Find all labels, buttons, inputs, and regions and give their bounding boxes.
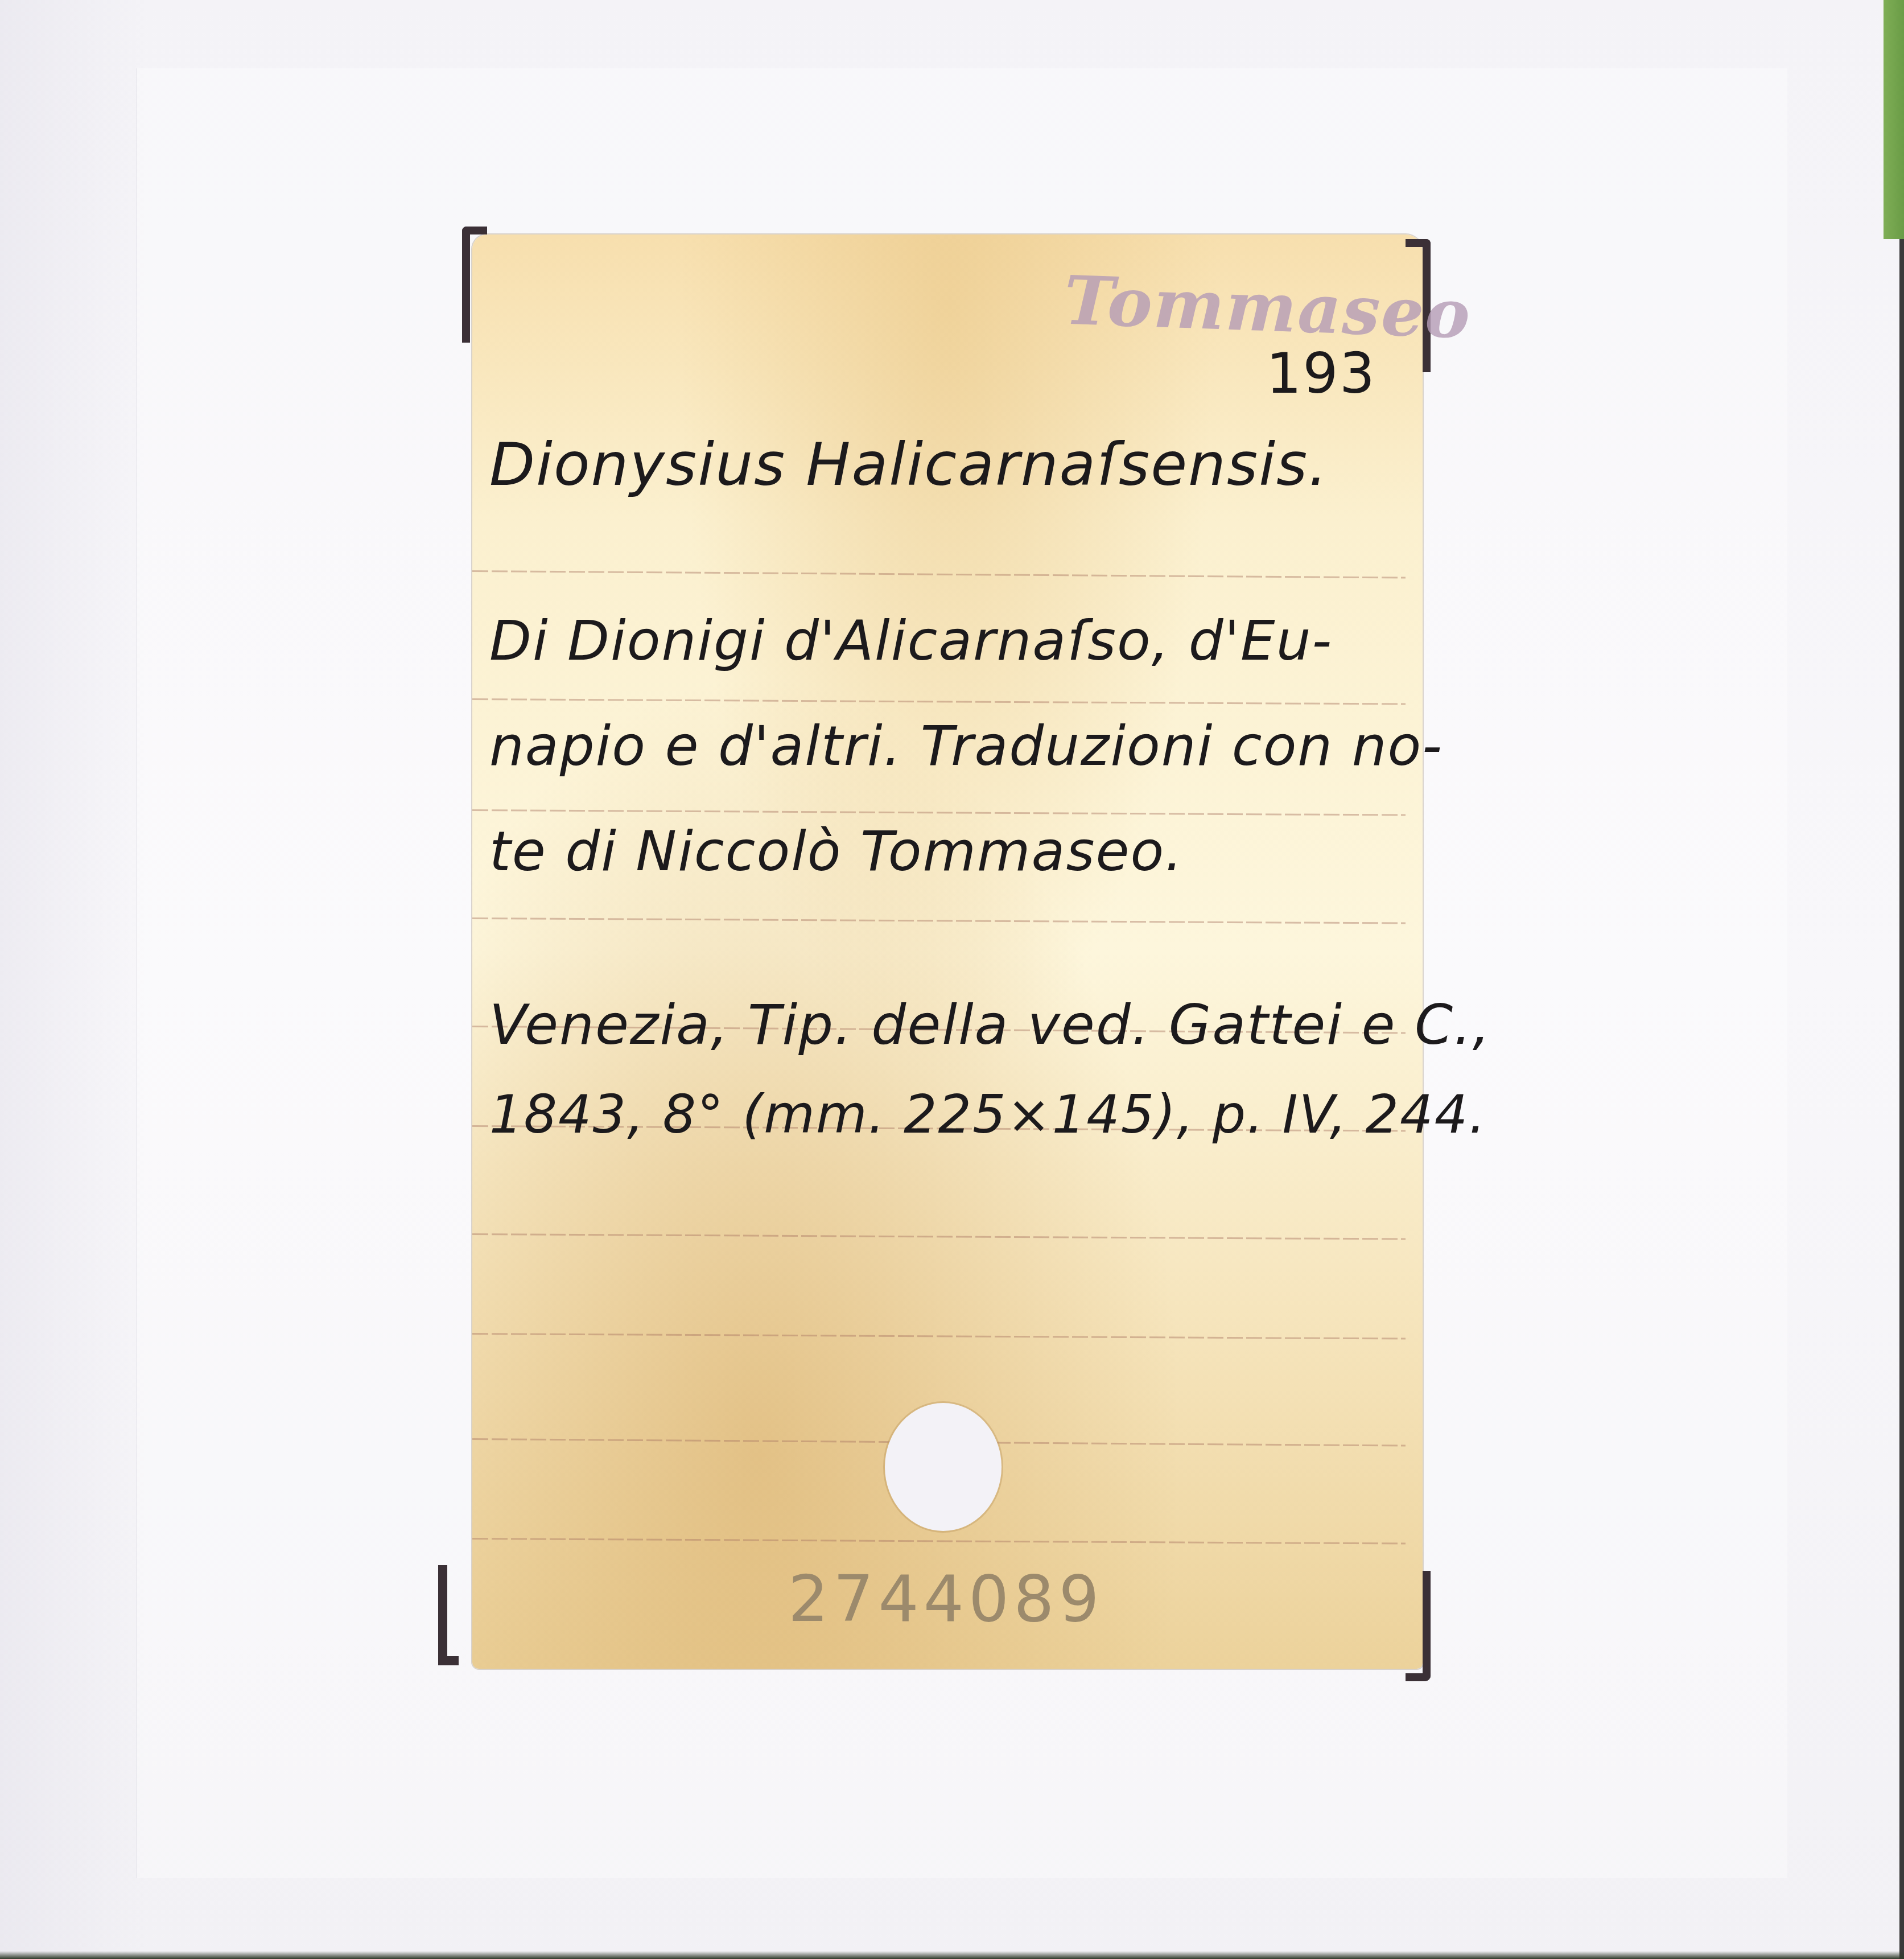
ruled-line — [472, 917, 1406, 924]
title-line: napio e d'altri. Traduzioni con no- — [489, 714, 1443, 778]
scanner-edge — [1899, 239, 1904, 1959]
punch-hole — [885, 1403, 1002, 1531]
ruled-line — [472, 570, 1406, 578]
card-number: 193 — [1266, 341, 1376, 406]
scanner-bottom-edge — [0, 1951, 1904, 1959]
title-line: Di Dionigi d'Alicarnaſso, d'Eu- — [489, 609, 1333, 673]
corner-clip-top-left — [462, 227, 487, 343]
green-edge-strip — [1884, 0, 1904, 239]
ruled-line — [472, 1538, 1406, 1545]
accession-number: 2744089 — [788, 1562, 1104, 1636]
title-line: te di Niccolò Tommaseo. — [489, 820, 1184, 883]
imprint-line: 1843, 8° (mm. 225×145), p. IV, 244. — [489, 1084, 1486, 1145]
ruled-line — [472, 698, 1406, 705]
corner-clip-bottom-right — [1406, 1571, 1431, 1681]
collection-stamp: Tommaseo — [1063, 261, 1473, 354]
ruled-line — [472, 1333, 1406, 1340]
corner-clip-bottom-left — [438, 1565, 459, 1665]
ruled-line — [472, 1233, 1406, 1240]
author-heading: Dionysius Halicarnaſsensis. — [489, 430, 1328, 499]
ruled-line — [472, 809, 1406, 816]
imprint-line: Venezia, Tip. della ved. Gattei e C., — [489, 993, 1491, 1057]
